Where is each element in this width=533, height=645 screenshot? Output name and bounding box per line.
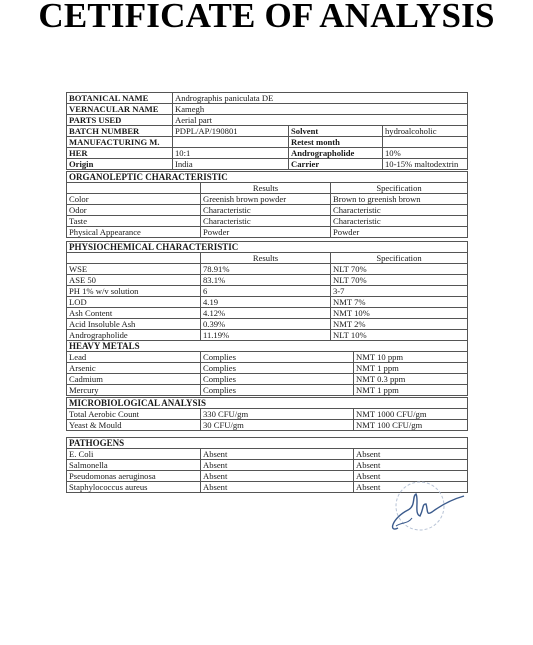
cell-param: PH 1% w/v solution <box>67 286 201 297</box>
table-row: Ash Content4.12%NMT 10% <box>67 308 468 319</box>
cell-result: Complies <box>201 352 354 363</box>
cell-result: 330 CFU/gm <box>201 409 354 420</box>
cell-spec: NMT 10% <box>331 308 468 319</box>
table-row: LOD4.19NMT 7% <box>67 297 468 308</box>
cell-param: Yeast & Mould <box>67 420 201 431</box>
cell-result: Powder <box>201 227 331 238</box>
product-info-table: BOTANICAL NAME Andrographis paniculata D… <box>66 92 468 170</box>
value-retest-month <box>383 137 468 148</box>
table-row: ColorGreenish brown powderBrown to green… <box>67 194 468 205</box>
row-parts-used: PARTS USED Aerial part <box>67 115 468 126</box>
value-manufacturing <box>173 137 289 148</box>
cell-spec: NLT 10% <box>331 330 468 341</box>
cell-spec: Absent <box>354 460 468 471</box>
header-specification: Specification <box>331 253 468 264</box>
value-andrographolide: 10% <box>383 148 468 159</box>
organoleptic-table: ORGANOLEPTIC CHARACTERISTIC Results Spec… <box>66 171 468 238</box>
microbiological-table: MICROBIOLOGICAL ANALYSIS Total Aerobic C… <box>66 397 468 431</box>
cell-param: Taste <box>67 216 201 227</box>
cell-param: LOD <box>67 297 201 308</box>
header-blank <box>67 183 201 194</box>
cell-result: 4.12% <box>201 308 331 319</box>
cell-result: Greenish brown powder <box>201 194 331 205</box>
value-carrier: 10-15% maltodextrin <box>383 159 468 170</box>
cell-result: Complies <box>201 385 354 396</box>
row-manufacturing: MANUFACTURING M. Retest month <box>67 137 468 148</box>
cell-spec: NLT 70% <box>331 264 468 275</box>
label-vernacular-name: VERNACULAR NAME <box>67 104 173 115</box>
header-results: Results <box>201 253 331 264</box>
cell-result: 4.19 <box>201 297 331 308</box>
value-solvent: hydroalcoholic <box>383 126 468 137</box>
cell-result: 0.39% <box>201 319 331 330</box>
value-parts-used: Aerial part <box>173 115 468 126</box>
cell-result: Absent <box>201 449 354 460</box>
cell-spec: Characteristic <box>331 216 468 227</box>
cell-param: E. Coli <box>67 449 201 460</box>
cell-param: Total Aerobic Count <box>67 409 201 420</box>
table-row: OdorCharacteristicCharacteristic <box>67 205 468 216</box>
table-row: SalmonellaAbsentAbsent <box>67 460 468 471</box>
cell-spec: NMT 7% <box>331 297 468 308</box>
document-title: CETIFICATE OF ANALYSIS <box>0 0 533 36</box>
label-andrographolide: Andrographolide <box>289 148 383 159</box>
label-solvent: Solvent <box>289 126 383 137</box>
cell-result: 30 CFU/gm <box>201 420 354 431</box>
cell-result: Characteristic <box>201 216 331 227</box>
cell-param: Ash Content <box>67 308 201 319</box>
table-row: ArsenicCompliesNMT 1 ppm <box>67 363 468 374</box>
cell-result: Complies <box>201 374 354 385</box>
cell-spec: NMT 10 ppm <box>354 352 468 363</box>
label-botanical-name: BOTANICAL NAME <box>67 93 173 104</box>
cell-param: Arsenic <box>67 363 201 374</box>
physiochemical-table: PHYSIOCHEMICAL CHARACTERISTIC Results Sp… <box>66 241 468 341</box>
cell-param: Andrographolide <box>67 330 201 341</box>
cell-spec: NMT 2% <box>331 319 468 330</box>
section-heading-physiochemical: PHYSIOCHEMICAL CHARACTERISTIC <box>67 242 468 253</box>
cell-param: Odor <box>67 205 201 216</box>
header-blank <box>67 253 201 264</box>
table-row: PH 1% w/v solution63-7 <box>67 286 468 297</box>
value-batch-number: PDPL/AP/190801 <box>173 126 289 137</box>
cell-spec: NMT 1000 CFU/gm <box>354 409 468 420</box>
table-row: ASE 5083.1%NLT 70% <box>67 275 468 286</box>
cell-result: Absent <box>201 482 354 493</box>
cell-spec: NMT 1 ppm <box>354 385 468 396</box>
cell-param: Physical Appearance <box>67 227 201 238</box>
table-row: TasteCharacteristicCharacteristic <box>67 216 468 227</box>
cell-result: 83.1% <box>201 275 331 286</box>
cell-param: Mercury <box>67 385 201 396</box>
cell-result: 6 <box>201 286 331 297</box>
row-her: HER 10:1 Andrographolide 10% <box>67 148 468 159</box>
value-vernacular-name: Kamegh <box>173 104 468 115</box>
row-batch-number: BATCH NUMBER PDPL/AP/190801 Solvent hydr… <box>67 126 468 137</box>
cell-spec: Brown to greenish brown <box>331 194 468 205</box>
row-botanical-name: BOTANICAL NAME Andrographis paniculata D… <box>67 93 468 104</box>
cell-spec: NMT 100 CFU/gm <box>354 420 468 431</box>
cell-result: 78.91% <box>201 264 331 275</box>
table-row: Total Aerobic Count330 CFU/gmNMT 1000 CF… <box>67 409 468 420</box>
cell-param: Acid Insoluble Ash <box>67 319 201 330</box>
value-origin: India <box>173 159 289 170</box>
section-heading-pathogens: PATHOGENS <box>67 438 468 449</box>
label-her: HER <box>67 148 173 159</box>
cell-param: Pseudomonas aeruginosa <box>67 471 201 482</box>
table-row: Acid Insoluble Ash0.39%NMT 2% <box>67 319 468 330</box>
section-heading-heavy-metals: HEAVY METALS <box>67 341 468 352</box>
label-batch-number: BATCH NUMBER <box>67 126 173 137</box>
label-origin: Origin <box>67 159 173 170</box>
row-vernacular-name: VERNACULAR NAME Kamegh <box>67 104 468 115</box>
label-manufacturing: MANUFACTURING M. <box>67 137 173 148</box>
cell-result: Characteristic <box>201 205 331 216</box>
cell-param: WSE <box>67 264 201 275</box>
header-results: Results <box>201 183 331 194</box>
cell-result: 11.19% <box>201 330 331 341</box>
cell-spec: NLT 70% <box>331 275 468 286</box>
value-her: 10:1 <box>173 148 289 159</box>
section-heading-organoleptic: ORGANOLEPTIC CHARACTERISTIC <box>67 172 468 183</box>
table-row: CadmiumCompliesNMT 0.3 ppm <box>67 374 468 385</box>
cell-spec: 3-7 <box>331 286 468 297</box>
table-row: Yeast & Mould30 CFU/gmNMT 100 CFU/gm <box>67 420 468 431</box>
cell-result: Complies <box>201 363 354 374</box>
header-specification: Specification <box>331 183 468 194</box>
cell-spec: NMT 1 ppm <box>354 363 468 374</box>
value-botanical-name: Andrographis paniculata DE <box>173 93 468 104</box>
table-row: Physical AppearancePowderPowder <box>67 227 468 238</box>
row-origin: Origin India Carrier 10-15% maltodextrin <box>67 159 468 170</box>
heavy-metals-table: HEAVY METALS LeadCompliesNMT 10 ppmArsen… <box>66 340 468 396</box>
table-row: MercuryCompliesNMT 1 ppm <box>67 385 468 396</box>
table-row: E. ColiAbsentAbsent <box>67 449 468 460</box>
cell-param: Cadmium <box>67 374 201 385</box>
cell-spec: NMT 0.3 ppm <box>354 374 468 385</box>
cell-param: Color <box>67 194 201 205</box>
cell-spec: Characteristic <box>331 205 468 216</box>
section-heading-microbiological: MICROBIOLOGICAL ANALYSIS <box>67 398 468 409</box>
cell-spec: Powder <box>331 227 468 238</box>
cell-spec: Absent <box>354 449 468 460</box>
cell-param: Salmonella <box>67 460 201 471</box>
table-row: LeadCompliesNMT 10 ppm <box>67 352 468 363</box>
cell-param: Staphylococcus aureus <box>67 482 201 493</box>
label-parts-used: PARTS USED <box>67 115 173 126</box>
table-row: WSE78.91%NLT 70% <box>67 264 468 275</box>
label-carrier: Carrier <box>289 159 383 170</box>
cell-param: ASE 50 <box>67 275 201 286</box>
signature-stamp-icon <box>378 478 468 538</box>
cell-param: Lead <box>67 352 201 363</box>
cell-result: Absent <box>201 471 354 482</box>
cell-result: Absent <box>201 460 354 471</box>
table-row: Andrographolide11.19%NLT 10% <box>67 330 468 341</box>
label-retest-month: Retest month <box>289 137 383 148</box>
